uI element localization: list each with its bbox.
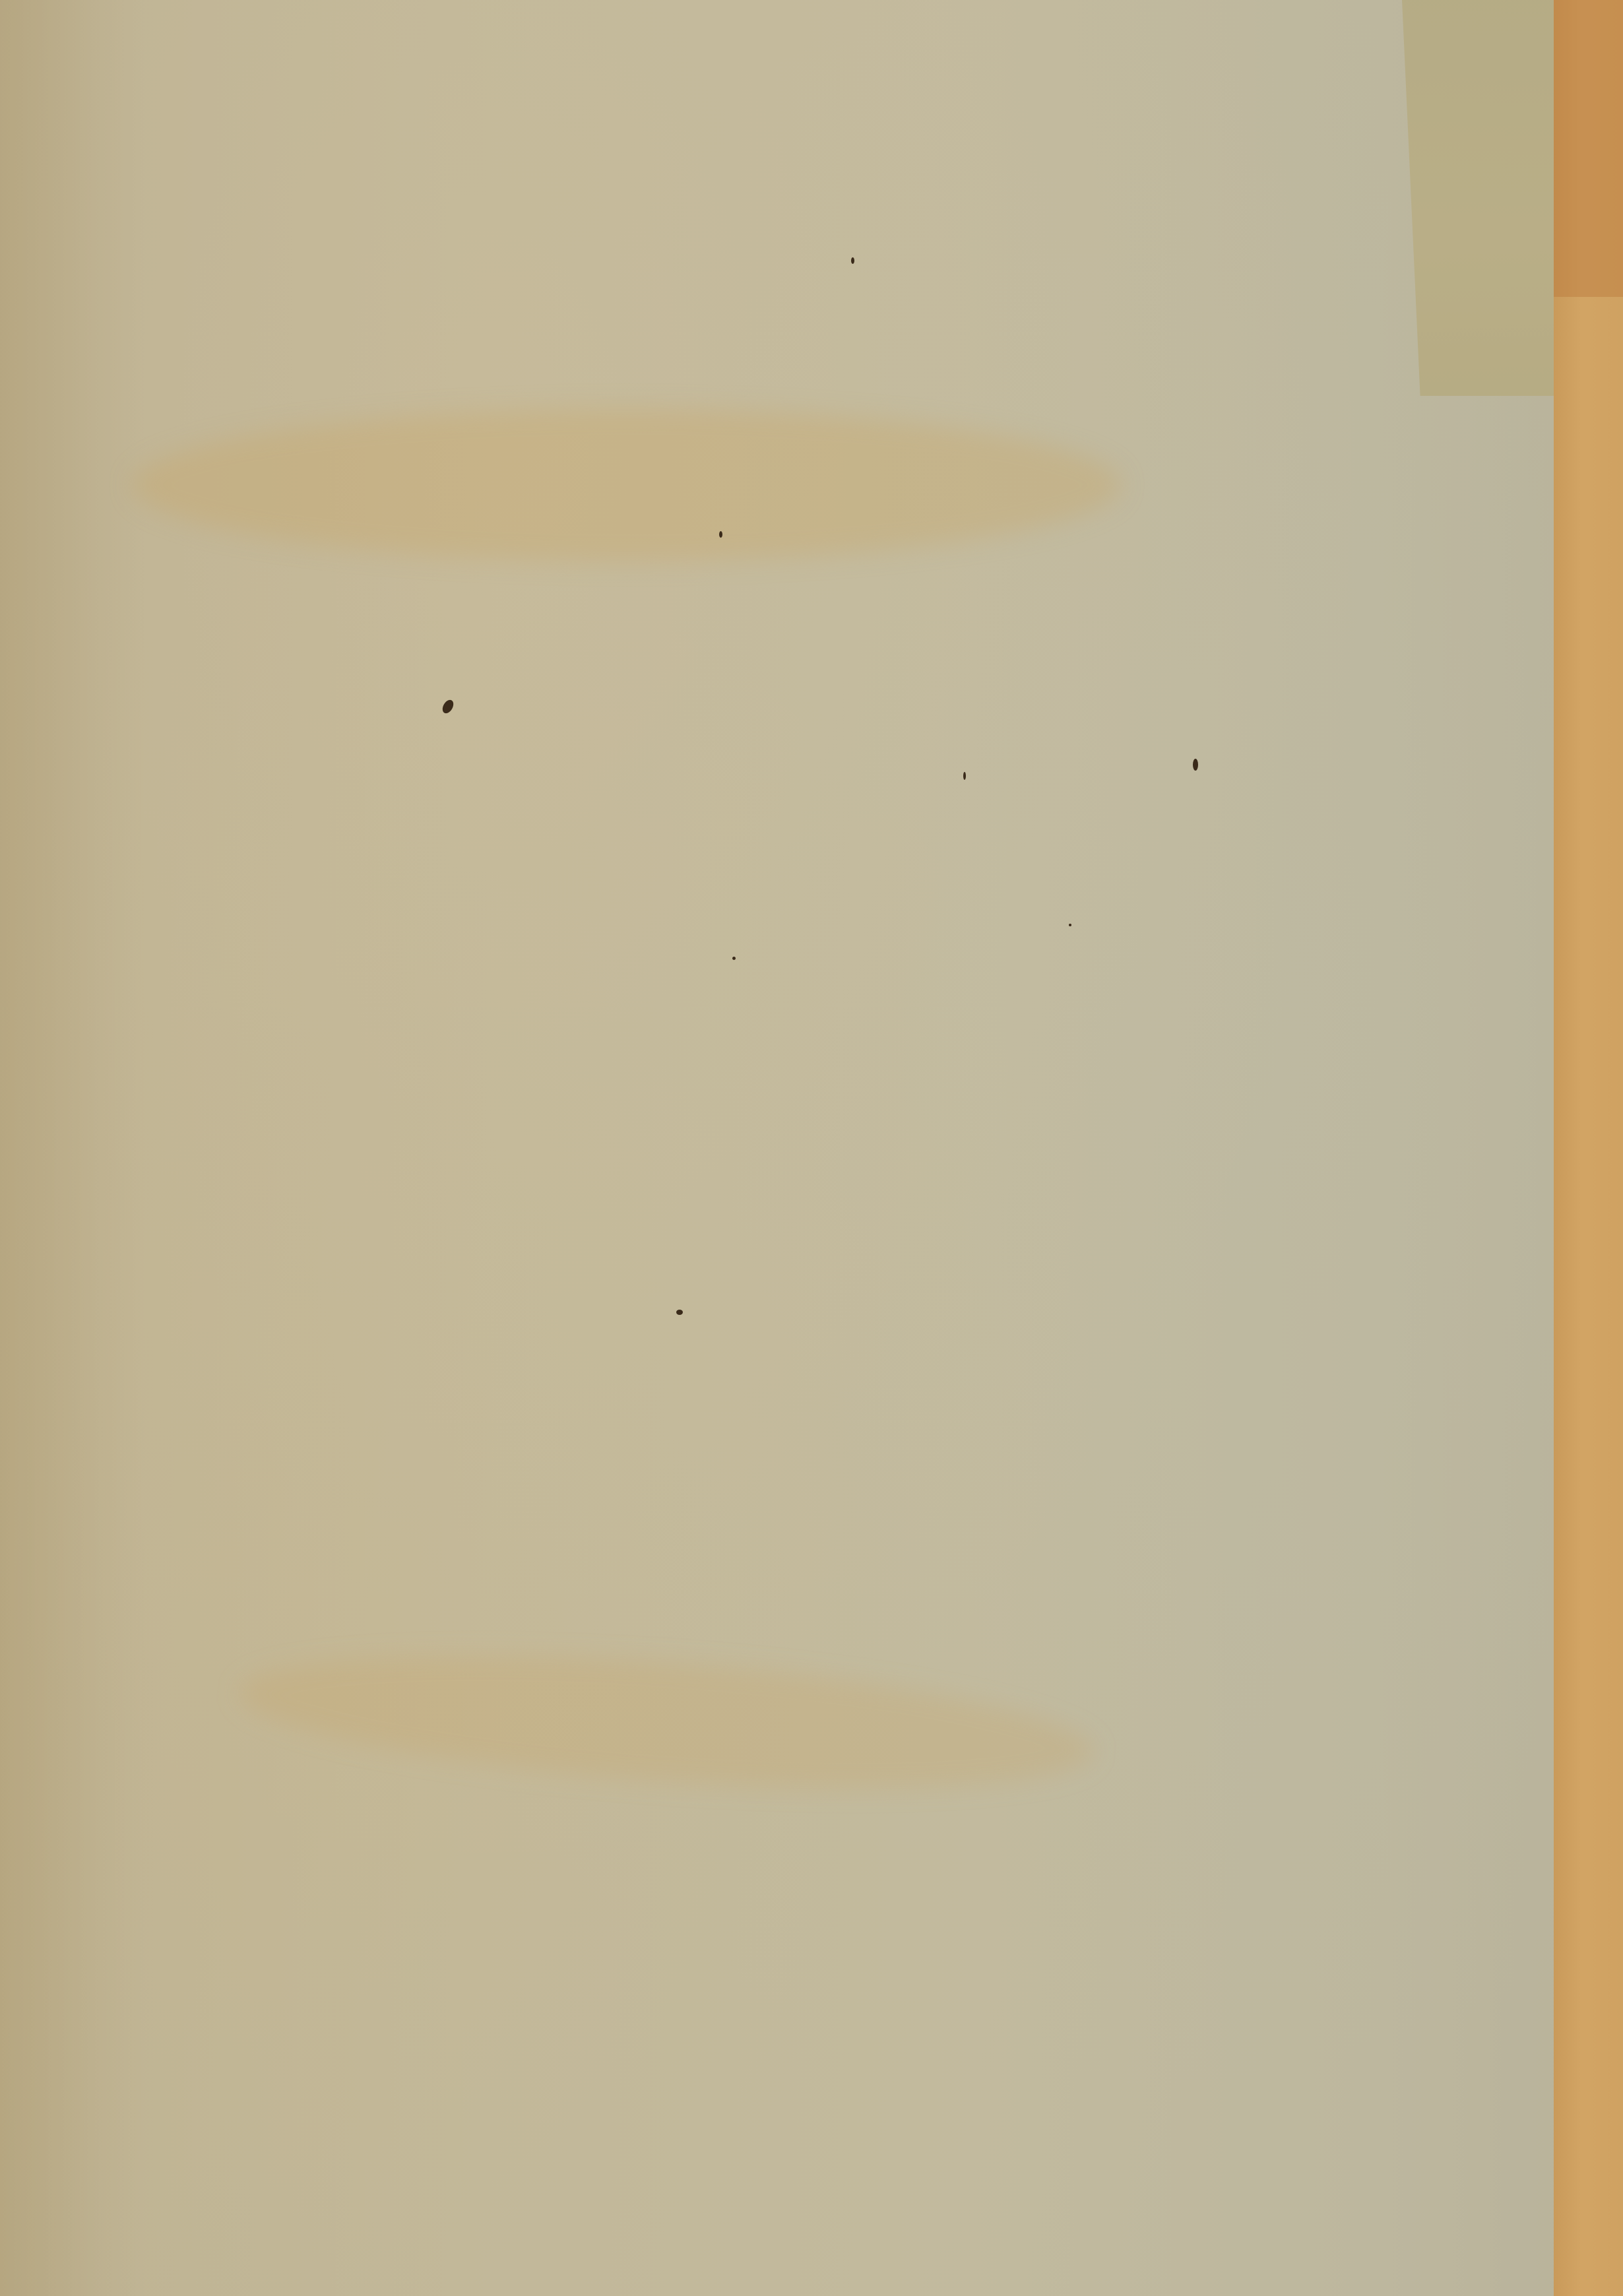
debris-speck [963,772,966,780]
scanned-page [0,0,1623,2296]
page-shadow [0,0,145,2296]
paper-surface [0,0,1554,2296]
stain-lower [234,1633,1098,1811]
debris-speck [719,531,722,538]
binding-edge [1554,0,1623,2296]
stain-upper [132,409,1122,561]
tape-strip [1402,0,1554,396]
debris-speck [851,257,854,264]
debris-speck [1193,759,1198,771]
debris-speck [732,957,736,960]
debris-speck [1069,924,1071,926]
debris-speck [676,1310,683,1315]
binding-edge-shadow [1554,0,1623,297]
debris-speck [440,698,455,715]
